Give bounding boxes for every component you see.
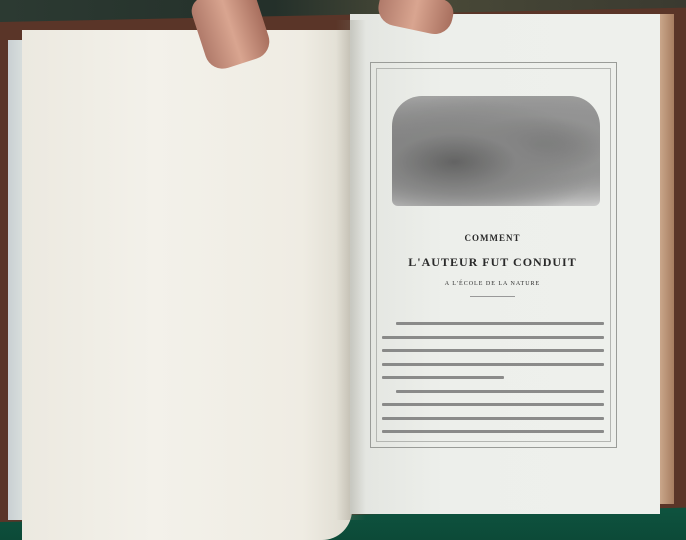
book-gutter <box>336 20 366 520</box>
left-page-blank <box>22 30 352 540</box>
chapter-heading-small: COMMENT <box>376 233 609 243</box>
chapter-title: L'AUTEUR FUT CONDUIT <box>376 255 609 270</box>
chapter-subtitle: A L'ÉCOLE DE LA NATURE <box>376 281 609 287</box>
engraving-illustration <box>392 96 600 206</box>
title-rule <box>470 296 515 297</box>
right-page-edges <box>660 14 674 504</box>
body-text-blurred <box>382 322 604 444</box>
